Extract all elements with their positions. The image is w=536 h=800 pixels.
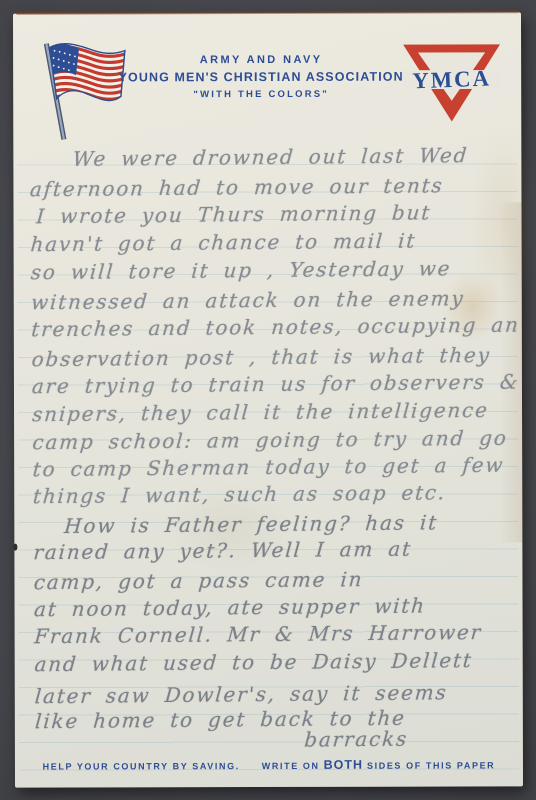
handwriting-line: We were drowned out last Wed bbox=[72, 142, 470, 172]
handwriting-line: at noon today, ate supper with bbox=[33, 592, 427, 622]
handwriting-line: trenches and took notes, occupying an bbox=[30, 312, 520, 343]
handwriting-line: rained any yet?. Well I am at bbox=[33, 536, 413, 566]
handwriting-line: camp school: am going to try and go bbox=[32, 425, 509, 456]
handwriting-line: things I want, such as soap etc. bbox=[32, 479, 447, 509]
handwriting-line: barracks bbox=[303, 726, 409, 753]
handwriting-line: camp, got a pass came in bbox=[33, 566, 365, 595]
footer-left-text: HELP YOUR COUNTRY BY SAVING. bbox=[43, 761, 240, 772]
footer-right-prefix: WRITE ON bbox=[262, 761, 320, 771]
handwriting-line: Frank Cornell. Mr & Mrs Harrower bbox=[33, 619, 483, 649]
handwriting-line: havn't got a chance to mail it bbox=[30, 228, 418, 258]
footer-right-suffix: SIDES OF THIS PAPER bbox=[367, 760, 495, 770]
handwriting-line: snipers, they call it the intelligence bbox=[31, 397, 490, 427]
handwriting-line: observation post , that is what they bbox=[31, 342, 492, 372]
handwriting-line: I wrote you Thurs morning but bbox=[35, 199, 432, 229]
photo-backdrop: ARMY AND NAVY YOUNG MEN'S CHRISTIAN ASSO… bbox=[0, 0, 536, 800]
footer-slogan: HELP YOUR COUNTRY BY SAVING. WRITE ON BO… bbox=[15, 757, 523, 772]
handwriting-line: so will tore it up , Yesterday we bbox=[30, 255, 452, 285]
letter-paper: ARMY AND NAVY YOUNG MEN'S CHRISTIAN ASSO… bbox=[13, 12, 523, 787]
handwriting-line: to camp Sherman today to get a few bbox=[32, 452, 506, 483]
handwriting-line: afternoon had to move our tents bbox=[29, 172, 445, 202]
handwriting-line: witnessed an attack on the enemy bbox=[30, 285, 465, 315]
handwriting-line: and what used to be Daisy Dellett bbox=[34, 647, 474, 677]
footer-right-emphasis: BOTH bbox=[324, 758, 363, 772]
letter-body: We were drowned out last Wed afternoon h… bbox=[10, 11, 525, 790]
handwriting-line: How is Father feeling? has it bbox=[63, 509, 439, 539]
handwriting-line: are trying to train us for observers & bbox=[31, 369, 521, 400]
